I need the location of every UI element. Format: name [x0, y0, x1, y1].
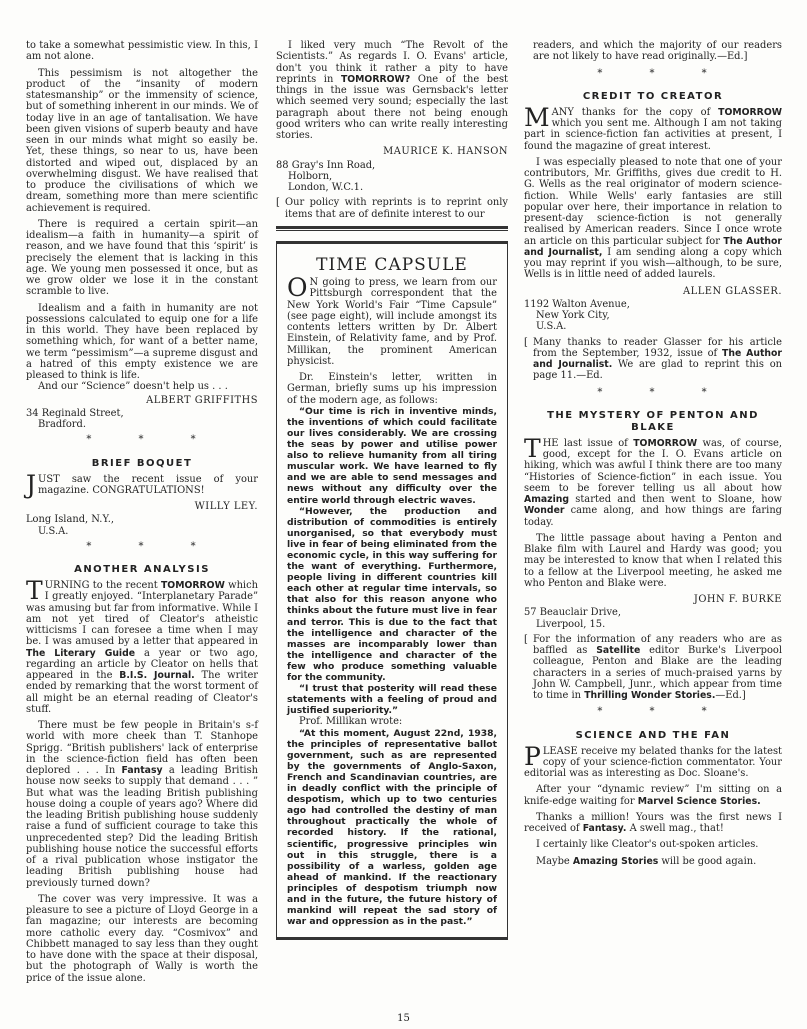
quote-paragraph: “I trust that posterity will read these …	[287, 683, 497, 716]
paragraph: After your “dynamic review” I'm sitting …	[524, 784, 782, 807]
paragraph: This pessimism is not altogether the pro…	[26, 68, 258, 214]
quote-paragraph: “However, the production and distributio…	[287, 506, 497, 684]
paragraph: I liked very much “The Revolt of the Sci…	[276, 40, 508, 141]
paragraph: There must be few people in Britain's s-…	[26, 720, 258, 889]
paragraph: ON going to press, we learn from our Pit…	[287, 277, 497, 367]
column-1: to take a somewhat pessimistic view. In …	[26, 40, 258, 989]
drop-cap: T	[26, 581, 43, 601]
address-line: 34 Reginald Street,	[26, 408, 258, 419]
address-line: U.S.A.	[26, 526, 258, 537]
address-line: 88 Gray's Inn Road,	[276, 160, 508, 171]
column-3: readers, and which the majority of our r…	[524, 40, 782, 872]
einstein-quote: “Our time is rich in inventive minds, th…	[287, 406, 497, 717]
section-heading: SCIENCE AND THE FAN	[524, 730, 782, 742]
address-line: 1192 Walton Avenue,	[524, 299, 782, 310]
signature: ALLEN GLASSER.	[524, 286, 782, 297]
paragraph: to take a somewhat pessimistic view. In …	[26, 40, 258, 63]
address: 1192 Walton Avenue, New York City, U.S.A…	[524, 299, 782, 333]
signature: WILLY LEY.	[26, 501, 258, 512]
quote-paragraph: “Our time is rich in inventive minds, th…	[287, 406, 497, 506]
address-line: 57 Beauclair Drive,	[524, 607, 782, 618]
paragraph: JUST saw the recent issue of your magazi…	[26, 474, 258, 497]
time-capsule-box: TIME CAPSULE ON going to press, we learn…	[276, 241, 508, 941]
paragraph: Dr. Einstein's letter, written in German…	[287, 372, 497, 406]
paragraph: Idealism and a faith in humanity are not…	[26, 303, 258, 382]
quote-paragraph: “At this moment, August 22nd, 1938, the …	[287, 728, 497, 928]
paragraph: TURNING to the recent TOMORROW which I g…	[26, 580, 258, 715]
section-divider-stars: * * *	[544, 68, 782, 79]
paragraph: MANY thanks for the copy of TOMORROW whi…	[524, 107, 782, 152]
paragraph: Maybe Amazing Stories will be good again…	[524, 856, 782, 867]
millikan-quote: “At this moment, August 22nd, 1938, the …	[287, 728, 497, 928]
paragraph: PLEASE receive my belated thanks for the…	[524, 746, 782, 780]
section-divider-stars: * * *	[46, 434, 258, 445]
double-rule-divider	[276, 226, 508, 231]
section-heading: ANOTHER ANALYSIS	[26, 564, 258, 576]
address: 88 Gray's Inn Road, Holborn, London, W.C…	[276, 160, 508, 194]
editor-note: For the information of any readers who a…	[524, 634, 782, 702]
section-heading: CREDIT TO CREATOR	[524, 91, 782, 103]
address: Long Island, N.Y., U.S.A.	[26, 514, 258, 537]
editor-note: Many thanks to reader Glasser for his ar…	[524, 337, 782, 382]
address: 34 Reginald Street, Bradford.	[26, 408, 258, 431]
editor-note: Our policy with reprints is to reprint o…	[276, 197, 508, 220]
page-number: 15	[0, 1013, 807, 1024]
paragraph: I certainly like Cleator's out-spoken ar…	[524, 839, 782, 850]
column-2: I liked very much “The Revolt of the Sci…	[276, 40, 508, 940]
address-line: Holborn,	[276, 171, 508, 182]
paragraph: The little passage about having a Penton…	[524, 533, 782, 589]
address-line: London, W.C.1.	[276, 182, 508, 193]
drop-cap: J	[26, 475, 36, 495]
drop-cap: O	[287, 278, 308, 298]
section-heading: BRIEF BOQUET	[26, 458, 258, 470]
drop-cap: M	[524, 108, 550, 128]
address-line: U.S.A.	[524, 321, 782, 332]
signature: ALBERT GRIFFITHS	[26, 395, 258, 406]
magazine-page: to take a somewhat pessimistic view. In …	[0, 0, 807, 1029]
drop-cap: P	[524, 747, 541, 767]
paragraph: THE last issue of TOMORROW was, of cours…	[524, 438, 782, 528]
address: 57 Beauclair Drive, Liverpool, 15.	[524, 607, 782, 630]
signature: JOHN F. BURKE	[524, 594, 782, 605]
address-line: New York City,	[524, 310, 782, 321]
section-divider-stars: * * *	[46, 541, 258, 552]
paragraph: And our “Science” doesn't help us . . .	[26, 381, 258, 392]
paragraph: There is required a certain spirit—an id…	[26, 219, 258, 298]
box-title: TIME CAPSULE	[287, 260, 497, 271]
editor-note-end: readers, and which the majority of our r…	[524, 40, 782, 63]
section-heading: THE MYSTERY OF PENTON AND BLAKE	[524, 410, 782, 434]
signature: MAURICE K. HANSON	[276, 146, 508, 157]
drop-cap: T	[524, 439, 541, 459]
address-line: Liverpool, 15.	[524, 619, 782, 630]
address-line: Bradford.	[26, 419, 258, 430]
section-divider-stars: * * *	[544, 706, 782, 717]
section-divider-stars: * * *	[544, 387, 782, 398]
paragraph: The cover was very impressive. It was a …	[26, 894, 258, 984]
paragraph: Prof. Millikan wrote:	[287, 716, 497, 727]
address-line: Long Island, N.Y.,	[26, 514, 258, 525]
paragraph: Thanks a million! Yours was the first ne…	[524, 812, 782, 835]
paragraph: I was especially pleased to note that on…	[524, 157, 782, 281]
